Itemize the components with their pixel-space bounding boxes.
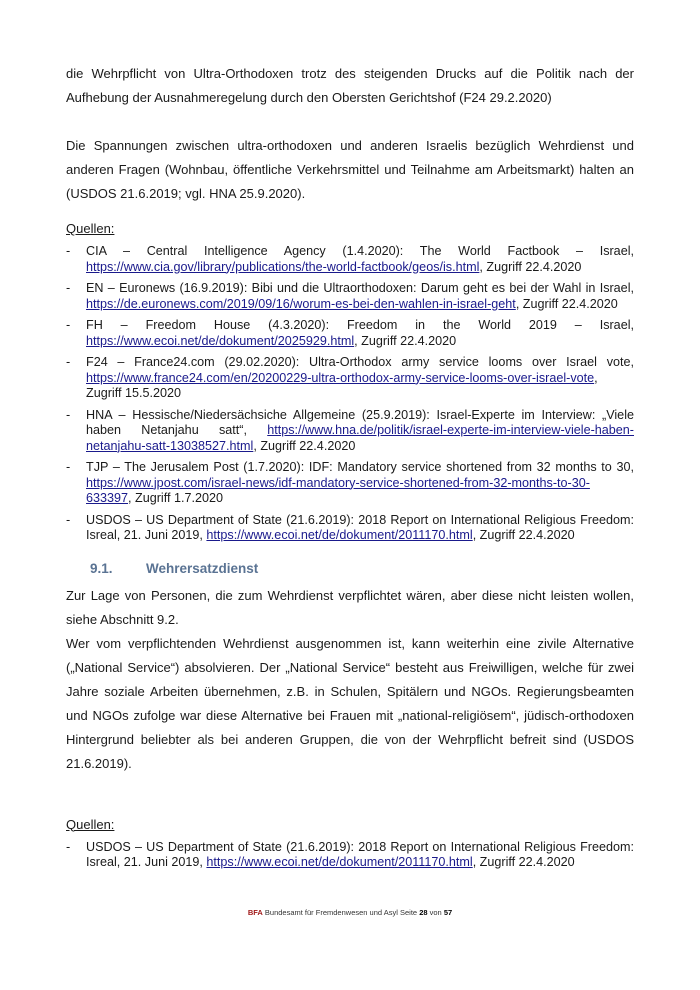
section-paragraph-1: Zur Lage von Personen, die zum Wehrdiens… [66, 584, 634, 632]
source-item: F24 – France24.com (29.02.2020): Ultra-O… [66, 355, 634, 402]
sources-heading: Quellen: [66, 220, 634, 238]
source-link[interactable]: https://www.hna.de/politik/israel-expert… [86, 423, 634, 453]
intro-paragraph-2: Die Spannungen zwischen ultra-orthodoxen… [66, 134, 634, 206]
source-link[interactable]: https://www.france24.com/en/20200229-ult… [86, 371, 594, 385]
source-item: USDOS – US Department of State (21.6.201… [66, 513, 634, 544]
footer-page-label: Seite [400, 908, 417, 917]
footer-org: Bundesamt für Fremdenwesen und Asyl [265, 908, 398, 917]
section-paragraph-2: Wer vom verpflichtenden Wehrdienst ausge… [66, 632, 634, 776]
footer-of-label: von [430, 908, 442, 917]
source-item: HNA – Hessische/Niedersächsiche Allgemei… [66, 408, 634, 455]
source-item: FH – Freedom House (4.3.2020): Freedom i… [66, 318, 634, 349]
bfa-logo: BFA [248, 908, 263, 917]
source-item: CIA – Central Intelligence Agency (1.4.2… [66, 244, 634, 275]
intro-paragraph-1: die Wehrpflicht von Ultra-Orthodoxen tro… [66, 62, 634, 110]
source-link[interactable]: https://www.ecoi.net/de/dokument/2011170… [206, 528, 472, 542]
document-page: die Wehrpflicht von Ultra-Orthodoxen tro… [66, 62, 634, 877]
source-item: EN – Euronews (16.9.2019): Bibi und die … [66, 281, 634, 312]
source-link[interactable]: https://de.euronews.com/2019/09/16/worum… [86, 297, 516, 311]
source-link[interactable]: https://www.cia.gov/library/publications… [86, 260, 479, 274]
source-link[interactable]: https://www.ecoi.net/de/dokument/2011170… [206, 855, 472, 869]
sources-list: CIA – Central Intelligence Agency (1.4.2… [66, 244, 634, 544]
source-item: USDOS – US Department of State (21.6.201… [66, 840, 634, 871]
sources-list-2: USDOS – US Department of State (21.6.201… [66, 840, 634, 871]
section-number: 9.1. [90, 560, 146, 578]
section-heading: 9.1.Wehrersatzdienst [66, 560, 634, 578]
sources-heading-2: Quellen: [66, 816, 634, 834]
footer-page-number: 28 [419, 908, 427, 917]
page-footer: BFA Bundesamt für Fremdenwesen und Asyl … [0, 908, 700, 917]
source-link[interactable]: https://www.ecoi.net/de/dokument/2025929… [86, 334, 354, 348]
footer-page-total: 57 [444, 908, 452, 917]
source-item: TJP – The Jerusalem Post (1.7.2020): IDF… [66, 460, 634, 507]
source-link[interactable]: https://www.jpost.com/israel-news/idf-ma… [86, 476, 590, 506]
section-title: Wehrersatzdienst [146, 561, 258, 576]
